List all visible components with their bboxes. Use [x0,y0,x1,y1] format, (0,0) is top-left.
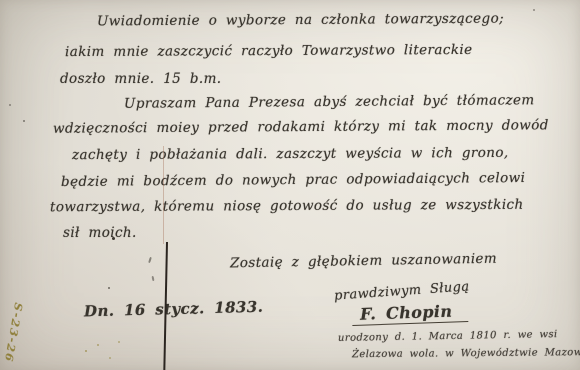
ink-speck [85,350,87,352]
paper-fold-crease-faint [163,146,164,244]
letter-date: Dn. 16 stycz. 1833. [84,298,264,321]
ink-speck [23,120,25,122]
letter-closing-line: Zostaię z głębokiem uszanowaniem [230,251,497,272]
letter-body-line-4: Upraszam Pana Prezesa abyś zechciał być … [124,92,535,112]
ink-speck [9,104,11,106]
chopin-signature: F. Chopin [352,301,469,326]
letter-body-line-9: sił moich. [63,225,137,241]
letter-body-line-8: towarzystwa, któremu niosę gotowość do u… [50,197,524,215]
letter-body-line-2: iakim mnie zaszczycić raczyło Towarzystw… [65,42,473,60]
ink-speck [118,341,120,343]
birth-note-line-1: urodzony d. 1. Marca 1810 r. we wsi [338,329,558,344]
letter-valediction: prawdziwym Sługą [334,279,470,303]
ink-speck [109,357,111,359]
letter-body-line-6: zachęty i pobłażania dali. zaszczyt weyś… [72,145,509,163]
manuscript-photo: Uwiadomienie o wyborze na członka towarz… [0,0,580,370]
letter-body-line-1: Uwiadomienie o wyborze na członka towarz… [97,11,504,30]
ink-speck [97,344,99,346]
ink-speck [533,9,535,11]
letter-body-line-7: będzie mi bodźcem do nowych prac odpowia… [61,170,525,190]
handwritten-text-block: Uwiadomienie o wyborze na członka towarz… [0,0,580,370]
letter-body-line-5: wdzięczności moiey przed rodakami którzy… [53,117,549,136]
birth-note-line-2: Żelazowa wola. w Województwie Mazowiecki… [352,347,580,360]
letter-body-line-3: doszło mnie. 15 b.m. [60,71,222,87]
ink-speck [112,237,115,240]
ink-speck [108,287,110,289]
